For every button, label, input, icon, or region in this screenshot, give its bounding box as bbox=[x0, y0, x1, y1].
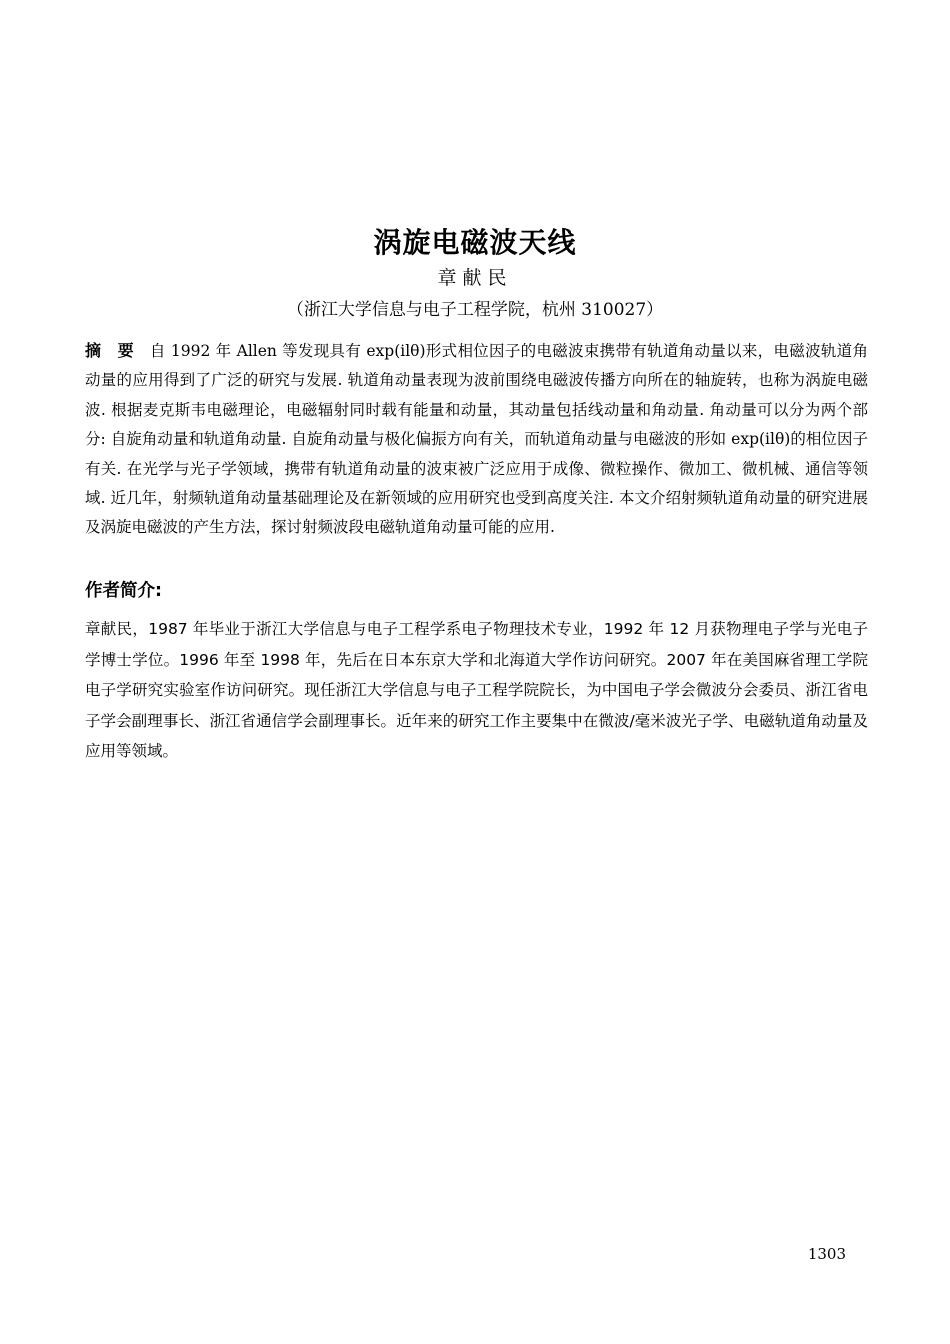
paper-title: 涡旋电磁波天线 bbox=[0, 224, 950, 262]
paper-page: 涡旋电磁波天线 章献民 （浙江大学信息与电子工程学院，杭州 310027） 摘 … bbox=[0, 0, 950, 1344]
page-number: 1303 bbox=[808, 1244, 846, 1264]
abstract-label: 摘 要 bbox=[85, 341, 134, 360]
author-affiliation: （浙江大学信息与电子工程学院，杭州 310027） bbox=[0, 297, 950, 323]
author-name: 章献民 bbox=[0, 265, 950, 291]
abstract-text: 自 1992 年 Allen 等发现具有 exp(ilθ)形式相位因子的电磁波束… bbox=[85, 342, 868, 536]
author-bio-text: 章献民，1987 年毕业于浙江大学信息与电子工程学系电子物理技术专业，1992 … bbox=[85, 614, 868, 767]
author-bio-heading: 作者简介: bbox=[85, 579, 162, 603]
abstract-paragraph: 摘 要自 1992 年 Allen 等发现具有 exp(ilθ)形式相位因子的电… bbox=[85, 336, 868, 543]
